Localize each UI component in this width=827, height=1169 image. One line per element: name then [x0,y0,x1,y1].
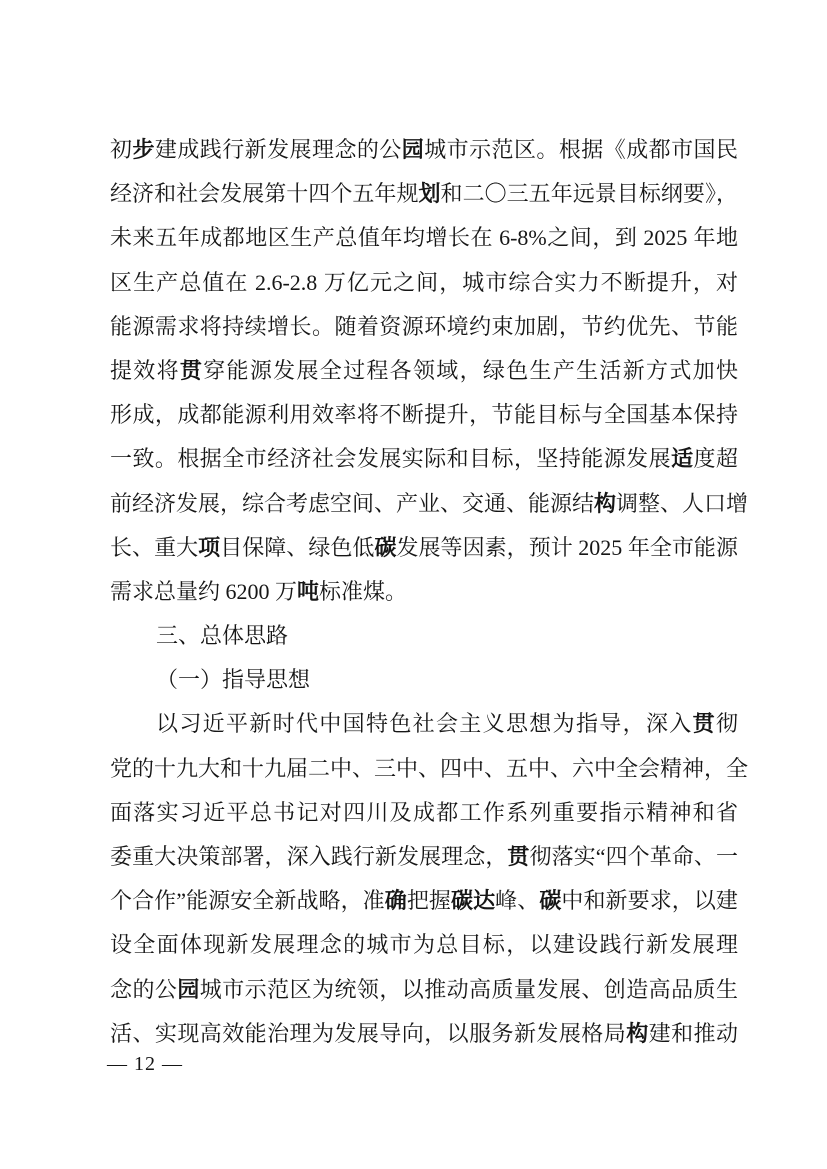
body-line: 初步建成践行新发展理念的公园城市示范区。根据《成都市国民 [110,128,738,172]
text-segment: 面落实习近平总书记对四川及成都工作系列重要指示精神和省 [110,800,738,825]
body-line: 前经济发展，综合考虑空间、产业、交通、能源结构调整、人口增 [110,482,738,526]
bold-character: 构 [594,491,616,516]
page-number: — 12 — [107,1051,183,1077]
body-line: 念的公园城市示范区为统领，以推动高质量发展、创造高品质生 [110,968,738,1012]
bold-character: 贯 [507,844,529,869]
text-segment: 和二〇三五年远景目标纲要》， [441,181,738,206]
text-segment: 能源需求将持续增长。随着资源环境约束加剧，节约优先、节能 [110,314,738,339]
text-segment: 中和新要求，以建 [561,888,738,913]
text-segment: 彻 [716,711,738,736]
text-segment: 形成，成都能源利用效率将不断提升，节能目标与全国基本保持 [110,402,738,427]
text-segment: 发展等因素，预计 2025 年全市能源 [396,535,737,560]
text-segment: 峰、 [495,888,539,913]
text-segment: 个合作”能源安全新战略，准 [110,888,385,913]
body-line: 党的十九大和十九届二中、三中、四中、五中、六中全会精神，全 [110,747,738,791]
body-line: 形成，成都能源利用效率将不断提升，节能目标与全国基本保持 [110,393,738,437]
text-segment: 三、总体思路 [156,623,288,648]
bold-character: 碳 [539,888,561,913]
text-segment: 长、重大 [110,535,198,560]
text-segment: 委重大决策部署，深入践行新发展理念， [110,844,507,869]
text-segment: 区生产总值在 2.6-2.8 万亿元之间，城市综合实力不断提升，对 [110,270,738,295]
text-segment: 度超 [694,446,738,471]
body-line: 委重大决策部署，深入践行新发展理念，贯彻落实“四个革命、一 [110,835,738,879]
body-line: 设全面体现新发展理念的城市为总目标，以建设践行新发展理 [110,923,738,967]
text-segment: 前经济发展，综合考虑空间、产业、交通、能源结 [110,491,594,516]
text-segment: 活、实现高效能治理为发展导向，以服务新发展格局 [110,1021,626,1046]
bold-character: 构 [626,1021,648,1046]
bold-character: 园 [177,977,199,1002]
body-line: 未来五年成都地区生产总值年均增长在 6-8%之间，到 2025 年地 [110,216,738,260]
text-segment: 设全面体现新发展理念的城市为总目标，以建设践行新发展理 [110,932,738,957]
subsection-heading: （一）指导思想 [110,658,738,702]
body-line: 面落实习近平总书记对四川及成都工作系列重要指示精神和省 [110,791,738,835]
section-heading: 三、总体思路 [110,614,738,658]
text-segment: 以习近平新时代中国特色社会主义思想为指导，深入 [156,711,693,736]
bold-character: 贯 [180,358,203,383]
bold-character: 划 [418,181,440,206]
body-line: 一致。根据全市经济社会发展实际和目标，坚持能源发展适度超 [110,437,738,481]
bold-character: 项 [198,535,220,560]
text-segment: 城市示范区。根据《成都市国民 [424,137,738,162]
body-line: 经济和社会发展第十四个五年规划和二〇三五年远景目标纲要》， [110,172,738,216]
bold-character: 步 [132,137,154,162]
text-segment: 提效将 [110,358,180,383]
bold-character: 适 [671,446,693,471]
body-line: 以习近平新时代中国特色社会主义思想为指导，深入贯彻 [110,702,738,746]
document-body: 初步建成践行新发展理念的公园城市示范区。根据《成都市国民经济和社会发展第十四个五… [110,128,738,1056]
text-segment: 调整、人口增 [616,491,748,516]
text-segment: 未来五年成都地区生产总值年均增长在 6-8%之间，到 2025 年地 [110,225,738,250]
bold-character: 贯 [693,711,716,736]
body-line: 长、重大项目保障、绿色低碳发展等因素，预计 2025 年全市能源 [110,526,738,570]
text-segment: （一）指导思想 [156,667,310,692]
bold-character: 碳 [374,535,396,560]
bold-character: 碳达 [451,888,495,913]
body-line: 活、实现高效能治理为发展导向，以服务新发展格局构建和推动 [110,1012,738,1056]
body-line: 提效将贯穿能源发展全过程各领域，绿色生产生活新方式加快 [110,349,738,393]
document-page: 初步建成践行新发展理念的公园城市示范区。根据《成都市国民经济和社会发展第十四个五… [0,0,827,1169]
body-line: 个合作”能源安全新战略，准确把握碳达峰、碳中和新要求，以建 [110,879,738,923]
bold-character: 确 [385,888,407,913]
text-segment: 党的十九大和十九届二中、三中、四中、五中、六中全会精神，全 [110,756,748,781]
text-segment: 经济和社会发展第十四个五年规 [110,181,418,206]
body-line: 需求总量约 6200 万吨标准煤。 [110,570,738,614]
text-segment: 建成践行新发展理念的公 [155,137,402,162]
bold-character: 吨 [297,579,319,604]
text-segment: 目保障、绿色低 [220,535,374,560]
text-segment: 把握 [407,888,451,913]
text-segment: 城市示范区为统领，以推动高质量发展、创造高品质生 [200,977,738,1002]
text-segment: 建和推动 [649,1021,738,1046]
body-line: 能源需求将持续增长。随着资源环境约束加剧，节约优先、节能 [110,305,738,349]
text-segment: 彻落实“四个革命、一 [530,844,738,869]
bold-character: 园 [402,137,424,162]
body-line: 区生产总值在 2.6-2.8 万亿元之间，城市综合实力不断提升，对 [110,261,738,305]
text-segment: 需求总量约 6200 万 [110,579,297,604]
text-segment: 穿能源发展全过程各领域，绿色生产生活新方式加快 [203,358,738,383]
text-segment: 一致。根据全市经济社会发展实际和目标，坚持能源发展 [110,446,671,471]
text-segment: 标准煤。 [319,579,407,604]
text-segment: 念的公 [110,977,177,1002]
text-segment: 初 [110,137,132,162]
